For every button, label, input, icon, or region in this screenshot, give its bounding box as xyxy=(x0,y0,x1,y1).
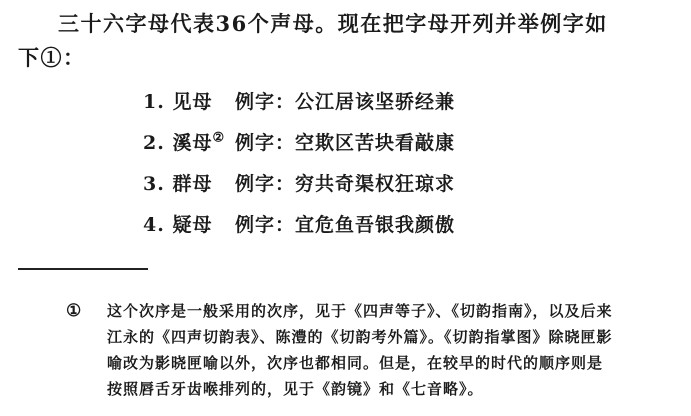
initials-list: 1. 见母 例字：公江居该坚骄经兼 2. 溪母② 例字：空欺区苦块看敲康 3. … xyxy=(143,80,455,244)
initial-name: 2. 溪母 xyxy=(143,132,212,154)
list-item: 1. 见母 例字：公江居该坚骄经兼 xyxy=(143,80,455,121)
footnote-marker: ① xyxy=(66,298,81,324)
footnote-divider xyxy=(18,268,148,270)
footnote-ref: ② xyxy=(212,131,225,146)
list-item: 3. 群母 例字：穷共奇渠权狂琼求 xyxy=(143,162,455,203)
footnote-line: 喻改为影晓匣喻以外，次序也都相同。但是，在较早的时代的顺序则是 xyxy=(107,350,691,376)
intro-paragraph-line-1: 三十六字母代表36个声母。现在把字母开列并举例字如 xyxy=(58,8,608,38)
initial-name: 3. 群母 xyxy=(143,173,212,195)
footnote-line: 江永的《四声切韵表》、陈澧的《切韵考外篇》。《切韵指掌图》除晓匣影 xyxy=(107,324,691,350)
example-chars: 例字：公江居该坚骄经兼 xyxy=(235,87,455,114)
intro-paragraph-line-2: 下①： xyxy=(18,42,86,72)
example-chars: 例字：穷共奇渠权狂琼求 xyxy=(235,169,455,196)
footnote-body: 这个次序是一般采用的次序，见于《四声等子》、《切韵指南》，以及后来 江永的《四声… xyxy=(107,298,691,402)
footnote-line: 按照唇舌牙齿喉排列的，见于《韵镜》和《七音略》。 xyxy=(107,376,691,402)
footnote-line: 这个次序是一般采用的次序，见于《四声等子》、《切韵指南》，以及后来 xyxy=(107,298,691,324)
example-chars: 例字：空欺区苦块看敲康 xyxy=(235,128,455,155)
initial-name: 1. 见母 xyxy=(143,91,212,113)
list-item: 4. 疑母 例字：宜危鱼吾银我颜傲 xyxy=(143,203,455,244)
initial-name: 4. 疑母 xyxy=(143,214,212,236)
list-item: 2. 溪母② 例字：空欺区苦块看敲康 xyxy=(143,121,455,162)
footnote: ① 这个次序是一般采用的次序，见于《四声等子》、《切韵指南》，以及后来 江永的《… xyxy=(66,298,691,402)
example-chars: 例字：宜危鱼吾银我颜傲 xyxy=(235,210,455,237)
